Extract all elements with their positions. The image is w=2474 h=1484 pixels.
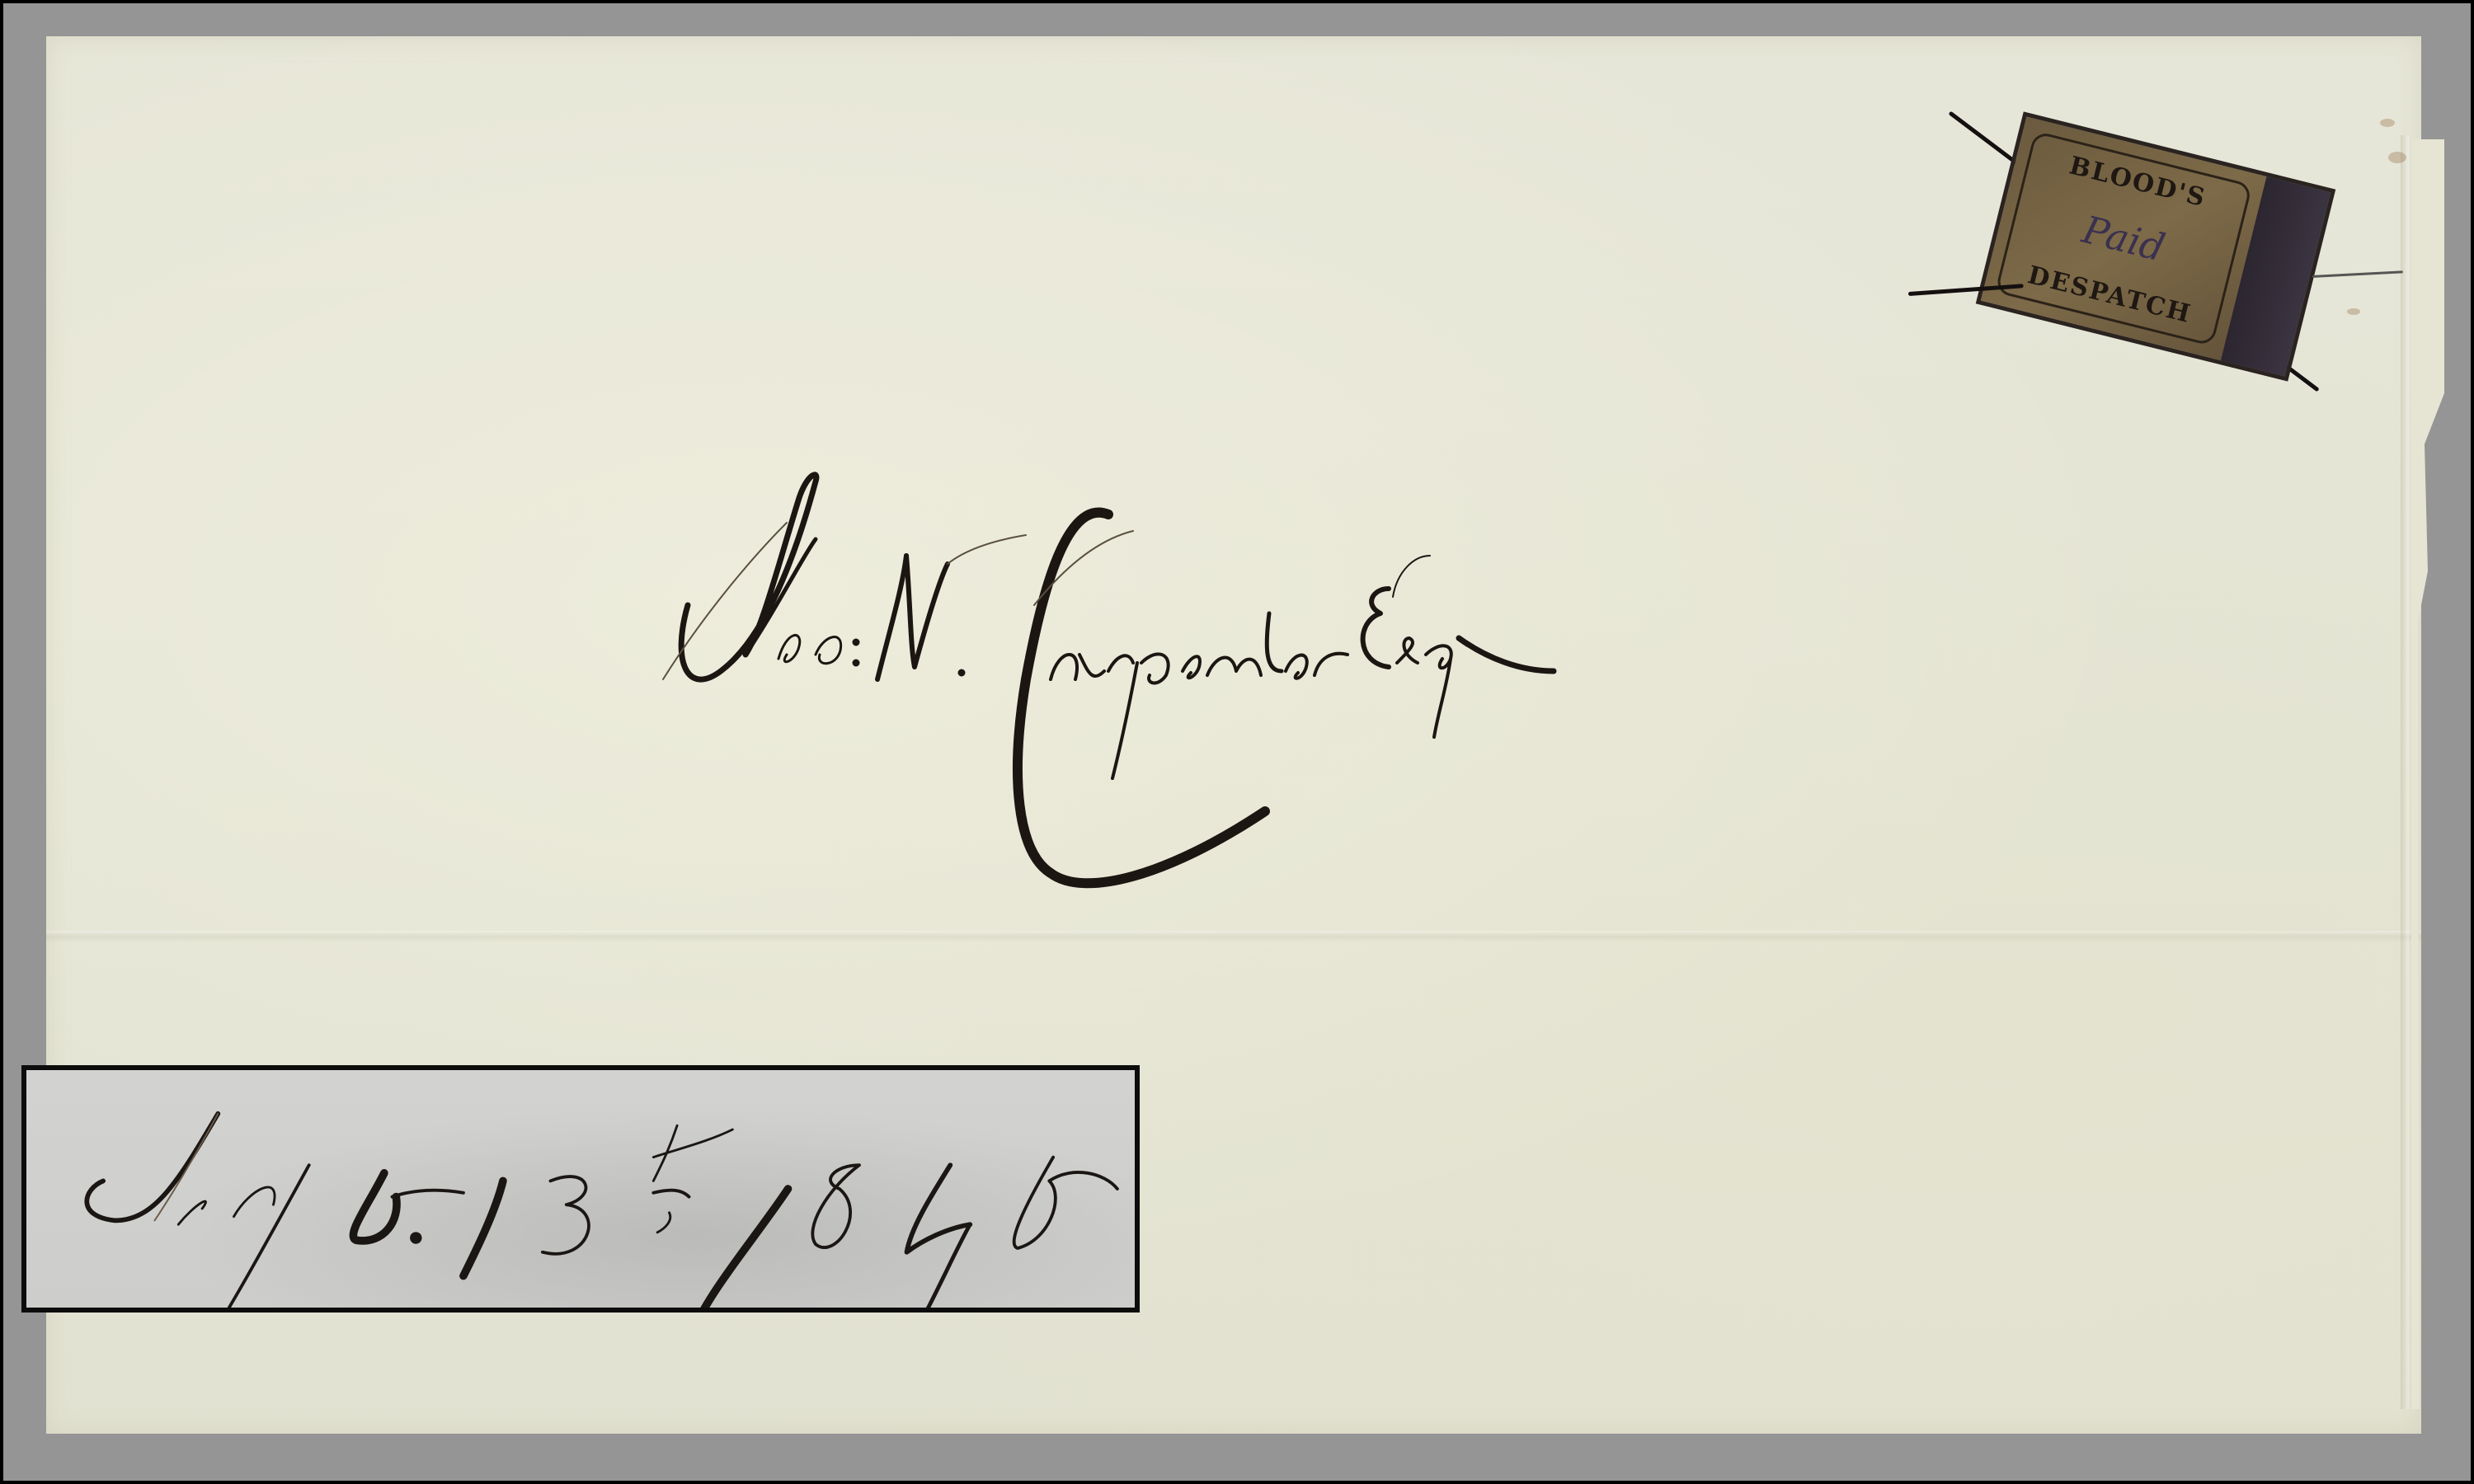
- scan-background: BLOOD'S Paid DESPATCH Geo: W. Carpenter …: [3, 3, 2471, 1481]
- stamp-frame: BLOOD'S Paid DESPATCH: [1995, 130, 2253, 346]
- date-inset: Sept. 13th 1848: [21, 1065, 1140, 1313]
- stamp-line-bloods: BLOOD'S: [2067, 151, 2209, 213]
- toning-spot: [2347, 308, 2360, 315]
- bloods-despatch-stamp: BLOOD'S Paid DESPATCH: [1976, 111, 2335, 381]
- stamp-area: BLOOD'S Paid DESPATCH: [1958, 102, 2345, 399]
- toning-spot: [2380, 119, 2395, 127]
- addressee-handwriting: Geo: W. Carpenter Esq.: [655, 465, 2428, 1001]
- date-script: [26, 1070, 1135, 1308]
- stamp-line-despatch: DESPATCH: [2025, 261, 2194, 329]
- toning-spot: [2388, 152, 2406, 163]
- stamp-line-paid: Paid: [2078, 207, 2170, 270]
